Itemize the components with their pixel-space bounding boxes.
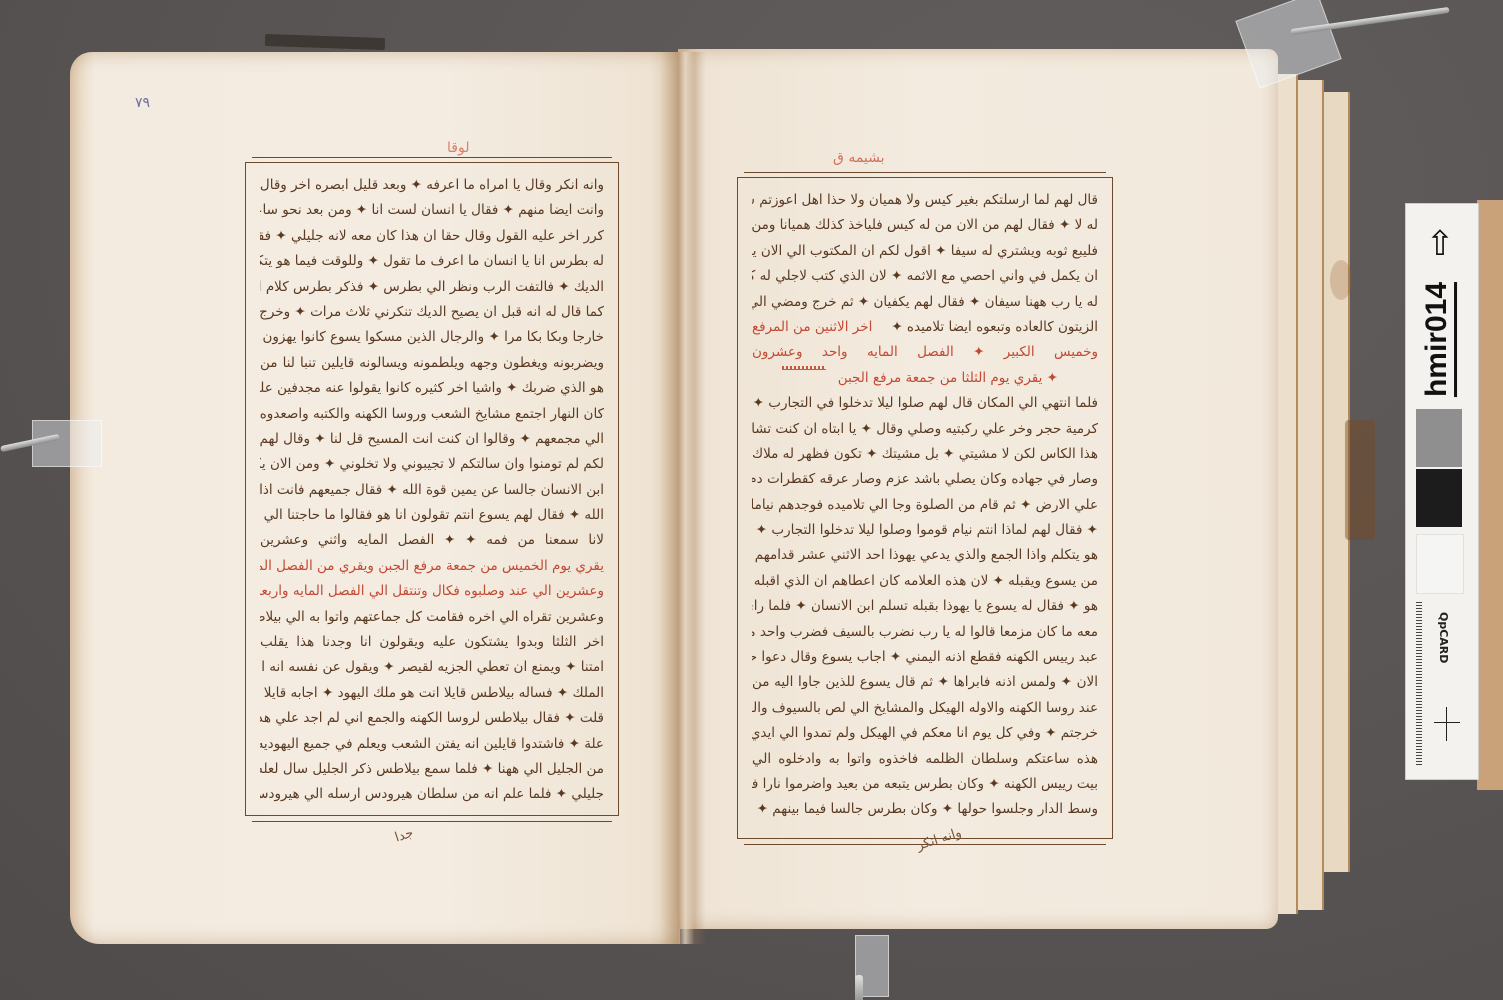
text-line: الله ✦ فقال لهم يسوع انتم تقولون انا هو … (260, 503, 604, 528)
text-line: فليبع ثوبه ويشتري له سيفا ✦ اقول لكم ان … (752, 239, 1098, 264)
text-line: علة ✦ فاشتدوا قايلين انه يفتن الشعب ويعل… (260, 732, 604, 757)
right-page-text: قال لهم لما ارسلتكم بغير كيس ولا هميان و… (752, 188, 1098, 828)
text-line-rubric-mixed: وعشرين تقراه الي اخره فقامت كل جماعتهم و… (260, 605, 604, 630)
text-line: عبد رييس الكهنه فقطع اذنه اليمني ✦ اجاب … (752, 645, 1098, 670)
text-line: الان ✦ ولمس اذنه فابراها ✦ ثم قال يسوع ل… (752, 670, 1098, 695)
left-text-frame: وانه انكر وقال يا امراه ما اعرفه ✦ وبعد … (245, 162, 619, 816)
frame-rule (252, 817, 612, 822)
text-line: ابن الانسان جالسا عن يمين قوة الله ✦ فقا… (260, 478, 604, 503)
text-line: له يا رب ههنا سيفان ✦ فقال لهم يكفيان ✦ … (752, 290, 1098, 315)
right-page-header: بشيمه ق (833, 150, 885, 166)
text-line: من الجليل الي ههنا ✦ فلما سمع بيلاطس ذكر… (260, 757, 604, 782)
black-swatch (1416, 469, 1462, 527)
text-line: هو ✦ فقال له يسوع يا يهوذا بقبله تسلم اب… (752, 594, 1098, 619)
text-line: هو يتكلم واذا الجمع والذي يدعي يهوذا احد… (752, 543, 1098, 568)
text-line: هذه ساعتكم وسلطان الظلمه فاخذوه واتوا به… (752, 747, 1098, 772)
rubric-line: يقري يوم الخميس من جمعة مرفع الجبن ويقري… (260, 554, 604, 579)
text-line: هذا الكاس لكن لا مشيتي ✦ بل مشيتك ✦ تكون… (752, 442, 1098, 467)
text-line: معه ما كان مزمعا قالوا له يا رب نضرب بال… (752, 620, 1098, 645)
metal-clip (855, 975, 863, 1000)
up-arrow-icon: ⇧ (1420, 224, 1460, 264)
text-line: جاريه واحده جالسا عند الضو فحدقت به وقال… (752, 823, 1098, 828)
text-line: الملك ✦ فساله بيلاطس قايلا انت هو ملك ال… (260, 681, 604, 706)
rubric-text: ✦ يقري يوم الثلثا من جمعة مرفع الجبن (838, 370, 1058, 386)
left-page-text: وانه انكر وقال يا امراه ما اعرفه ✦ وبعد … (260, 173, 604, 805)
color-calibration-target: ⇧ hmir014 QpCARD (1405, 203, 1479, 780)
damage-stain (1330, 260, 1352, 300)
crosshair-icon (1446, 707, 1447, 741)
white-swatch (1416, 534, 1464, 594)
folio-number: ٧٩ (135, 95, 150, 111)
text-line: فلما انتهي الي المكان قال لهم صلوا ليلا … (752, 391, 1098, 416)
text-line: له بطرس انا يا انسان ما اعرف ما تقول ✦ و… (260, 249, 604, 274)
page-edge-leaf (1296, 80, 1324, 910)
rubric-note: اخر الاثنين من المرفع (752, 315, 872, 340)
frame-rule (252, 157, 612, 162)
text-line: كما قال له انه قبل ان يصيح الديك تنكرني … (260, 300, 604, 325)
text-line-content: لانا سمعنا من فمه ✦ ✦ الفصل المايه واثني… (260, 532, 604, 548)
text-line: امتنا ✦ ويمنع ان تعطي الجزيه لقيصر ✦ ويق… (260, 655, 604, 680)
text-line: بيت رييس الكهنه ✦ وكان بطرس يتبعه من بعي… (752, 772, 1098, 797)
decorative-ornament-icon (782, 366, 826, 370)
text-line: ان يكمل في واني احصي مع الاثمه ✦ لان الذ… (752, 264, 1098, 289)
text-line: قلت ✦ فقال بيلاطس لروسا الكهنه والجمع ان… (260, 706, 604, 731)
text-line: خارجا وبكا بكا مرا ✦ والرجال الذين مسكوا… (260, 325, 604, 350)
qpcard-scale: QpCARD (1416, 602, 1466, 772)
text-line: ويضربونه ويغطون وجهه ويلطمونه ويسالونه ق… (260, 351, 604, 376)
gray-swatch (1416, 409, 1462, 467)
text-line-content: الزيتون كالعاده وتبعوه ايضا تلاميده ✦ (891, 319, 1098, 335)
text-line: وصار في جهاده وكان يصلي باشد عزم وصار عر… (752, 467, 1098, 492)
torn-spine-fragment (1345, 420, 1375, 540)
shelfmark-label: hmir014 (1414, 279, 1464, 399)
frame-rule (744, 172, 1106, 177)
text-line: عند روسا الكهنه والاوله الهيكل والمشايخ … (752, 696, 1098, 721)
text-line: الي مجمعهم ✦ وقالوا ان كنت انت المسيح قل… (260, 427, 604, 452)
text-line: خرجتم ✦ وفي كل يوم انا معكم في الهيكل ول… (752, 721, 1098, 746)
text-line: هو الذي ضربك ✦ واشيا اخر كثيره كانوا يقو… (260, 376, 604, 401)
text-line: من يسوع ويقبله ✦ لان هذه العلامه كان اعط… (752, 569, 1098, 594)
text-line: جليلي ✦ فلما علم انه من سلطان هيرودس ارس… (260, 782, 604, 805)
text-line: ✦ فقال لهم لماذا انتم نيام قوموا وصلوا ل… (752, 518, 1098, 543)
clear-tape-tab (32, 420, 102, 467)
text-line: كرمية حجر وخر علي ركبتيه وصلي وقال ✦ يا … (752, 417, 1098, 442)
text-line: علي الارض ✦ ثم قام من الصلوة وجا الي تلا… (752, 493, 1098, 518)
rubric-line: وعشرين الي عند وصلبوه فكال وتنتقل الي ال… (260, 579, 604, 604)
text-line: وانه انكر وقال يا امراه ما اعرفه ✦ وبعد … (260, 173, 604, 198)
text-line: وسط الدار وجلسوا حولها ✦ وكان بطرس جالسا… (752, 797, 1098, 822)
shelfmark-text: hmir014 (1421, 281, 1458, 396)
text-line: الديك ✦ فالتفت الرب ونظر الي بطرس ✦ فذكر… (260, 275, 604, 300)
text-line: لكم لم تومنوا وان سالتكم لا تجيبوني ولا … (260, 452, 604, 477)
book-gutter (660, 52, 706, 944)
text-line-rubric-mixed: لانا سمعنا من فمه ✦ ✦ الفصل المايه واثني… (260, 528, 604, 553)
text-line: كان النهار اجتمع مشايخ الشعب وروسا الكهن… (260, 402, 604, 427)
text-line: له لا ✦ فقال لهم من الان من له كيس فلياخ… (752, 213, 1098, 238)
text-line: قال لهم لما ارسلتكم بغير كيس ولا هميان و… (752, 188, 1098, 213)
qpcard-brand: QpCARD (1437, 612, 1450, 663)
text-line: كرر اخر عليه القول وقال حقا ان هذا كان م… (260, 224, 604, 249)
target-backing-board (1477, 200, 1503, 790)
text-line-rubric-mixed: الزيتون كالعاده وتبعوه ايضا تلاميده ✦ اخ… (752, 315, 1098, 340)
rubric-line: وخميس الكبير ✦ الفصل المايه واحد وعشرون (752, 340, 1098, 365)
text-line: وانت ايضا منهم ✦ فقال يا انسان لست انا ✦… (260, 198, 604, 223)
ruler-scale (1416, 602, 1422, 767)
left-page-header: لوقا (447, 140, 469, 156)
crosshair-icon (1434, 722, 1460, 723)
text-line-rubric-mixed: اخر الثلثا وبدوا يشتكون عليه ويقولون انا… (260, 630, 604, 655)
right-text-frame: قال لهم لما ارسلتكم بغير كيس ولا هميان و… (737, 177, 1113, 839)
rubric-line: ✦ يقري يوم الثلثا من جمعة مرفع الجبن (752, 366, 1098, 391)
